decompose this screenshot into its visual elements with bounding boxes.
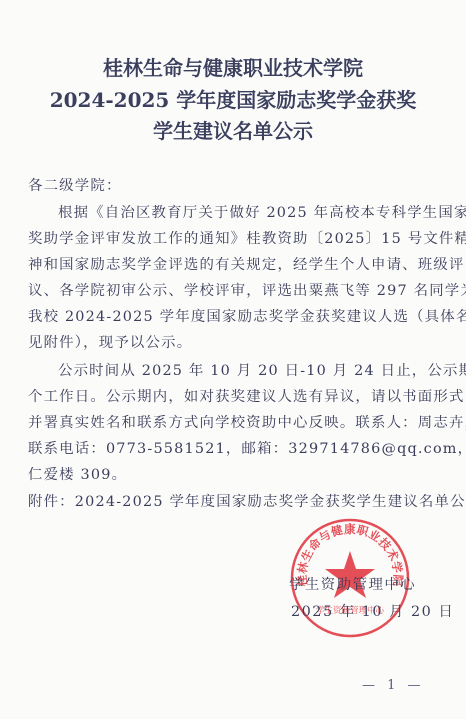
paragraph2-line: 仁爱楼 309。	[28, 465, 438, 485]
salutation: 各二级学院：	[28, 176, 438, 196]
paragraph1-line: 根据《自治区教育厅关于做好 2025 年高校本专科学生国家	[58, 203, 438, 223]
signature-org: 学生资助管理中心	[289, 573, 416, 594]
paragraph2-line: 公示时间从 2025 年 10 月 20 日-10 月 24 日止，公示期为 5	[58, 361, 438, 381]
attachment-line: 附件：2024-2025 学年度国家励志奖学金获奖学生建议名单公示	[28, 492, 438, 512]
paragraph1-line: 我校 2024-2025 学年度国家励志奖学金获奖建议人选（具体名单	[28, 307, 438, 327]
paragraph2-line: 个工作日。公示期内，如对获奖建议人选有异议，请以书面形式	[28, 387, 438, 407]
title-line-3: 学生建议名单公示	[0, 119, 466, 143]
paragraph1-line: 议、各学院初审公示、学校评审，评选出粟燕飞等 297 名同学为	[28, 281, 438, 301]
page-number: — 1 —	[362, 678, 425, 693]
paragraph1-line: 奖助学金评审发放工作的通知》桂教资助〔2025〕15 号文件精	[28, 229, 438, 249]
paragraph2-line: 并署真实姓名和联系方式向学校资助中心反映。联系人：周志卉，	[28, 413, 438, 433]
paragraph2-line: 联系电话：0773-5581521，邮箱：329714786@qq.com，地址…	[28, 439, 438, 459]
paragraph1-line: 见附件），现予以公示。	[28, 333, 438, 353]
title-line-1: 桂林生命与健康职业技术学院	[0, 56, 466, 80]
paragraph1-line: 神和国家励志奖学金评选的有关规定，经学生个人申请、班级评	[28, 255, 438, 275]
signature-date: 2025 年 10 月 20 日	[291, 600, 454, 621]
title-line-2: 2024-2025 学年度国家励志奖学金获奖	[0, 88, 466, 112]
